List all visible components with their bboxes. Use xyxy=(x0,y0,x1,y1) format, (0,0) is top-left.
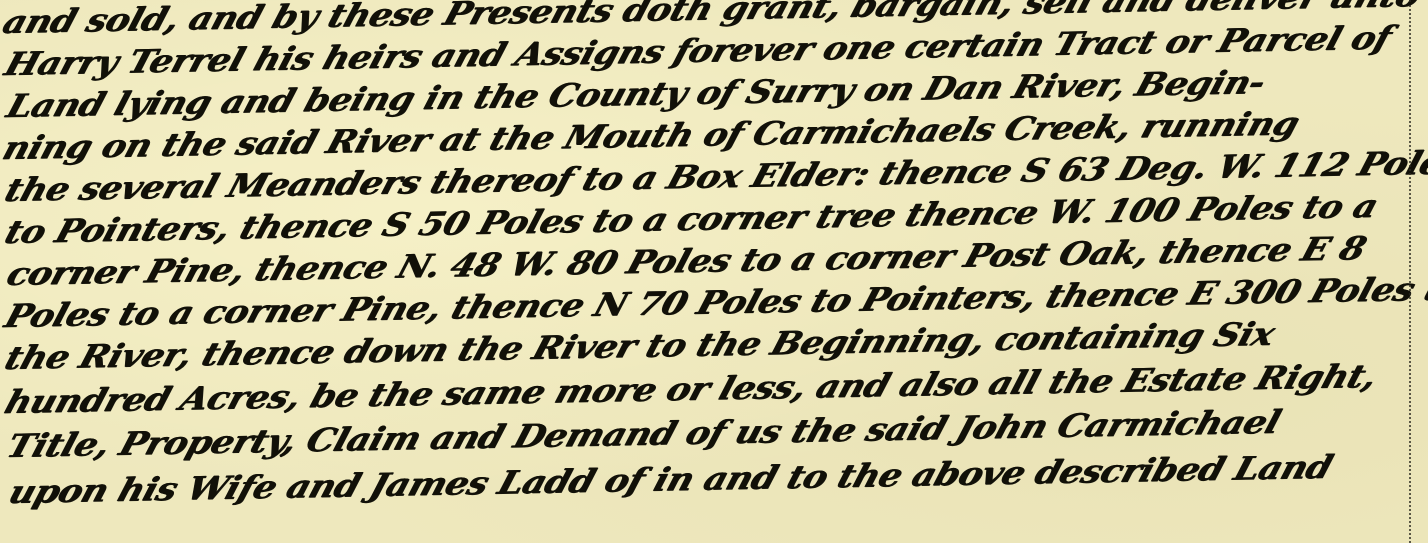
manuscript-page: and sold, and by these Presents doth gra… xyxy=(0,0,1428,543)
dotted-margin-line xyxy=(1409,0,1411,543)
